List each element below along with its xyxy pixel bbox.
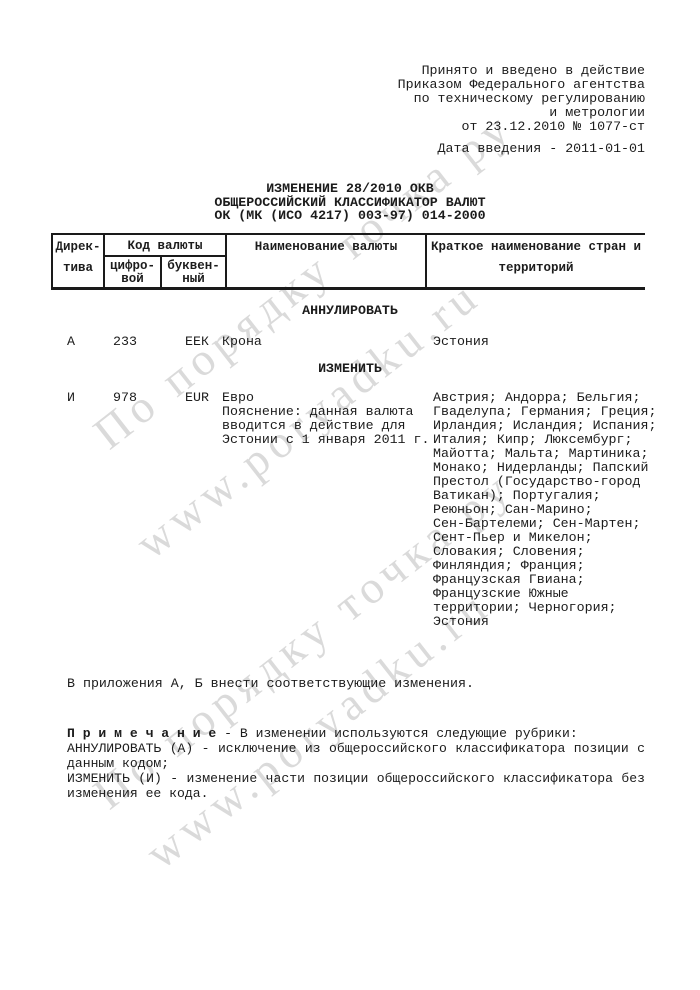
text-line: Словакия; Словения; (433, 545, 656, 559)
row-directive: И (67, 391, 75, 405)
text-line: Дирек- (53, 241, 103, 254)
text-line: Италия; Кипр; Люксембург; (433, 433, 656, 447)
note-block: П р и м е ч а н и е - В изменении исполь… (67, 726, 645, 801)
row-alpha-code: EUR (185, 391, 209, 405)
note-rubric-annul-cont: данным кодом; (67, 756, 645, 771)
text-line: ОБЩЕРОССИЙСКИЙ КЛАССИФИКАТОР ВАЛЮТ (0, 196, 700, 210)
column-header-code-alpha: буквен-ный (162, 257, 225, 287)
column-header-currency-code: Код валюты цифро-вой буквен-ный (105, 235, 227, 287)
text-line: Краткое наименование стран и (427, 241, 645, 254)
introduction-date: Дата введения - 2011-01-01 (438, 142, 645, 156)
text-line: Крона (222, 335, 262, 349)
text-line: вводится в действие для (222, 419, 429, 433)
text-line: Принято и введено в действие (398, 64, 645, 78)
document-page: По порядку точка ру www.poryadku.ru По п… (0, 0, 700, 990)
text-line: вой (105, 273, 160, 286)
row-directive: А (67, 335, 75, 349)
row-currency-name: ЕвроПояснение: данная валютавводится в д… (222, 391, 429, 447)
note-heading-line: П р и м е ч а н и е - В изменении исполь… (67, 726, 645, 741)
text-line: Сент-Пьер и Микелон; (433, 531, 656, 545)
text-line: ный (162, 273, 225, 286)
column-header-code-group: Код валюты (105, 235, 225, 257)
column-header-currency-name: Наименование валюты (227, 235, 427, 287)
text-line: Майотта; Мальта; Мартиника; (433, 447, 656, 461)
adoption-block: Принято и введено в действиеПриказом Фед… (398, 64, 645, 134)
row-numeric-code: 233 (113, 335, 137, 349)
appendix-note: В приложения А, Б внести соответствующие… (67, 677, 474, 691)
section-label-change: ИЗМЕНИТЬ (0, 362, 700, 376)
text-line: Евро (222, 391, 429, 405)
note-rubric-change: ИЗМЕНИТЬ (И) - изменение части позиции о… (67, 771, 645, 786)
text-line: территорий (427, 262, 645, 275)
column-header-countries: Краткое наименование стран итерриторий (427, 235, 645, 287)
text-line: Сен-Бартелеми; Сен-Мартен; (433, 517, 656, 531)
column-header-code-numeric: цифро-вой (105, 257, 162, 287)
column-header-directive: Дирек-тива (53, 235, 105, 287)
text-line: ОК (МК (ИСО 4217) 003-97) 014-2000 (0, 209, 700, 223)
text-line: Финляндия; Франция; (433, 559, 656, 573)
note-label: П р и м е ч а н и е (67, 726, 216, 741)
text-line: Австрия; Андорра; Бельгия; (433, 391, 656, 405)
text-line: Ватикан); Португалия; (433, 489, 656, 503)
table-header: Дирек-тива Код валюты цифро-вой буквен-н… (51, 233, 645, 290)
text-line: по техническому регулированию (398, 92, 645, 106)
note-rubric-annul: АННУЛИРОВАТЬ (А) - исключение из общерос… (67, 741, 645, 756)
text-line: Французская Гвиана; (433, 573, 656, 587)
document-title: ИЗМЕНЕНИЕ 28/2010 ОКВОБЩЕРОССИЙСКИЙ КЛАС… (0, 182, 700, 223)
text-line: Реюньон; Сан-Марино; (433, 503, 656, 517)
text-line: Эстония (433, 335, 489, 349)
text-line: Французские Южные (433, 587, 656, 601)
text-line: Эстонии с 1 января 2011 г. (222, 433, 429, 447)
text-line: от 23.12.2010 № 1077-ст (398, 120, 645, 134)
text-line: тива (53, 262, 103, 275)
row-currency-name: Крона (222, 335, 262, 349)
text-line: ИЗМЕНЕНИЕ 28/2010 ОКВ (0, 182, 700, 196)
section-label-annul: АННУЛИРОВАТЬ (0, 304, 700, 318)
text-line: Монако; Нидерланды; Папский (433, 461, 656, 475)
note-intro: - В изменении используются следующие руб… (224, 726, 578, 741)
row-alpha-code: ЕЕК (185, 335, 209, 349)
text-line: Пояснение: данная валюта (222, 405, 429, 419)
text-line: Эстония (433, 615, 656, 629)
row-countries: Австрия; Андорра; Бельгия;Гваделупа; Гер… (433, 391, 656, 629)
text-line: Престол (Государство-город (433, 475, 656, 489)
note-rubric-change-cont: изменения ее кода. (67, 786, 645, 801)
text-line: и метрологии (398, 106, 645, 120)
text-line: Гваделупа; Германия; Греция; (433, 405, 656, 419)
text-line: Приказом Федерального агентства (398, 78, 645, 92)
row-countries: Эстония (433, 335, 489, 349)
text-line: Ирландия; Исландия; Испания; (433, 419, 656, 433)
text-line: территории; Черногория; (433, 601, 656, 615)
row-numeric-code: 978 (113, 391, 137, 405)
